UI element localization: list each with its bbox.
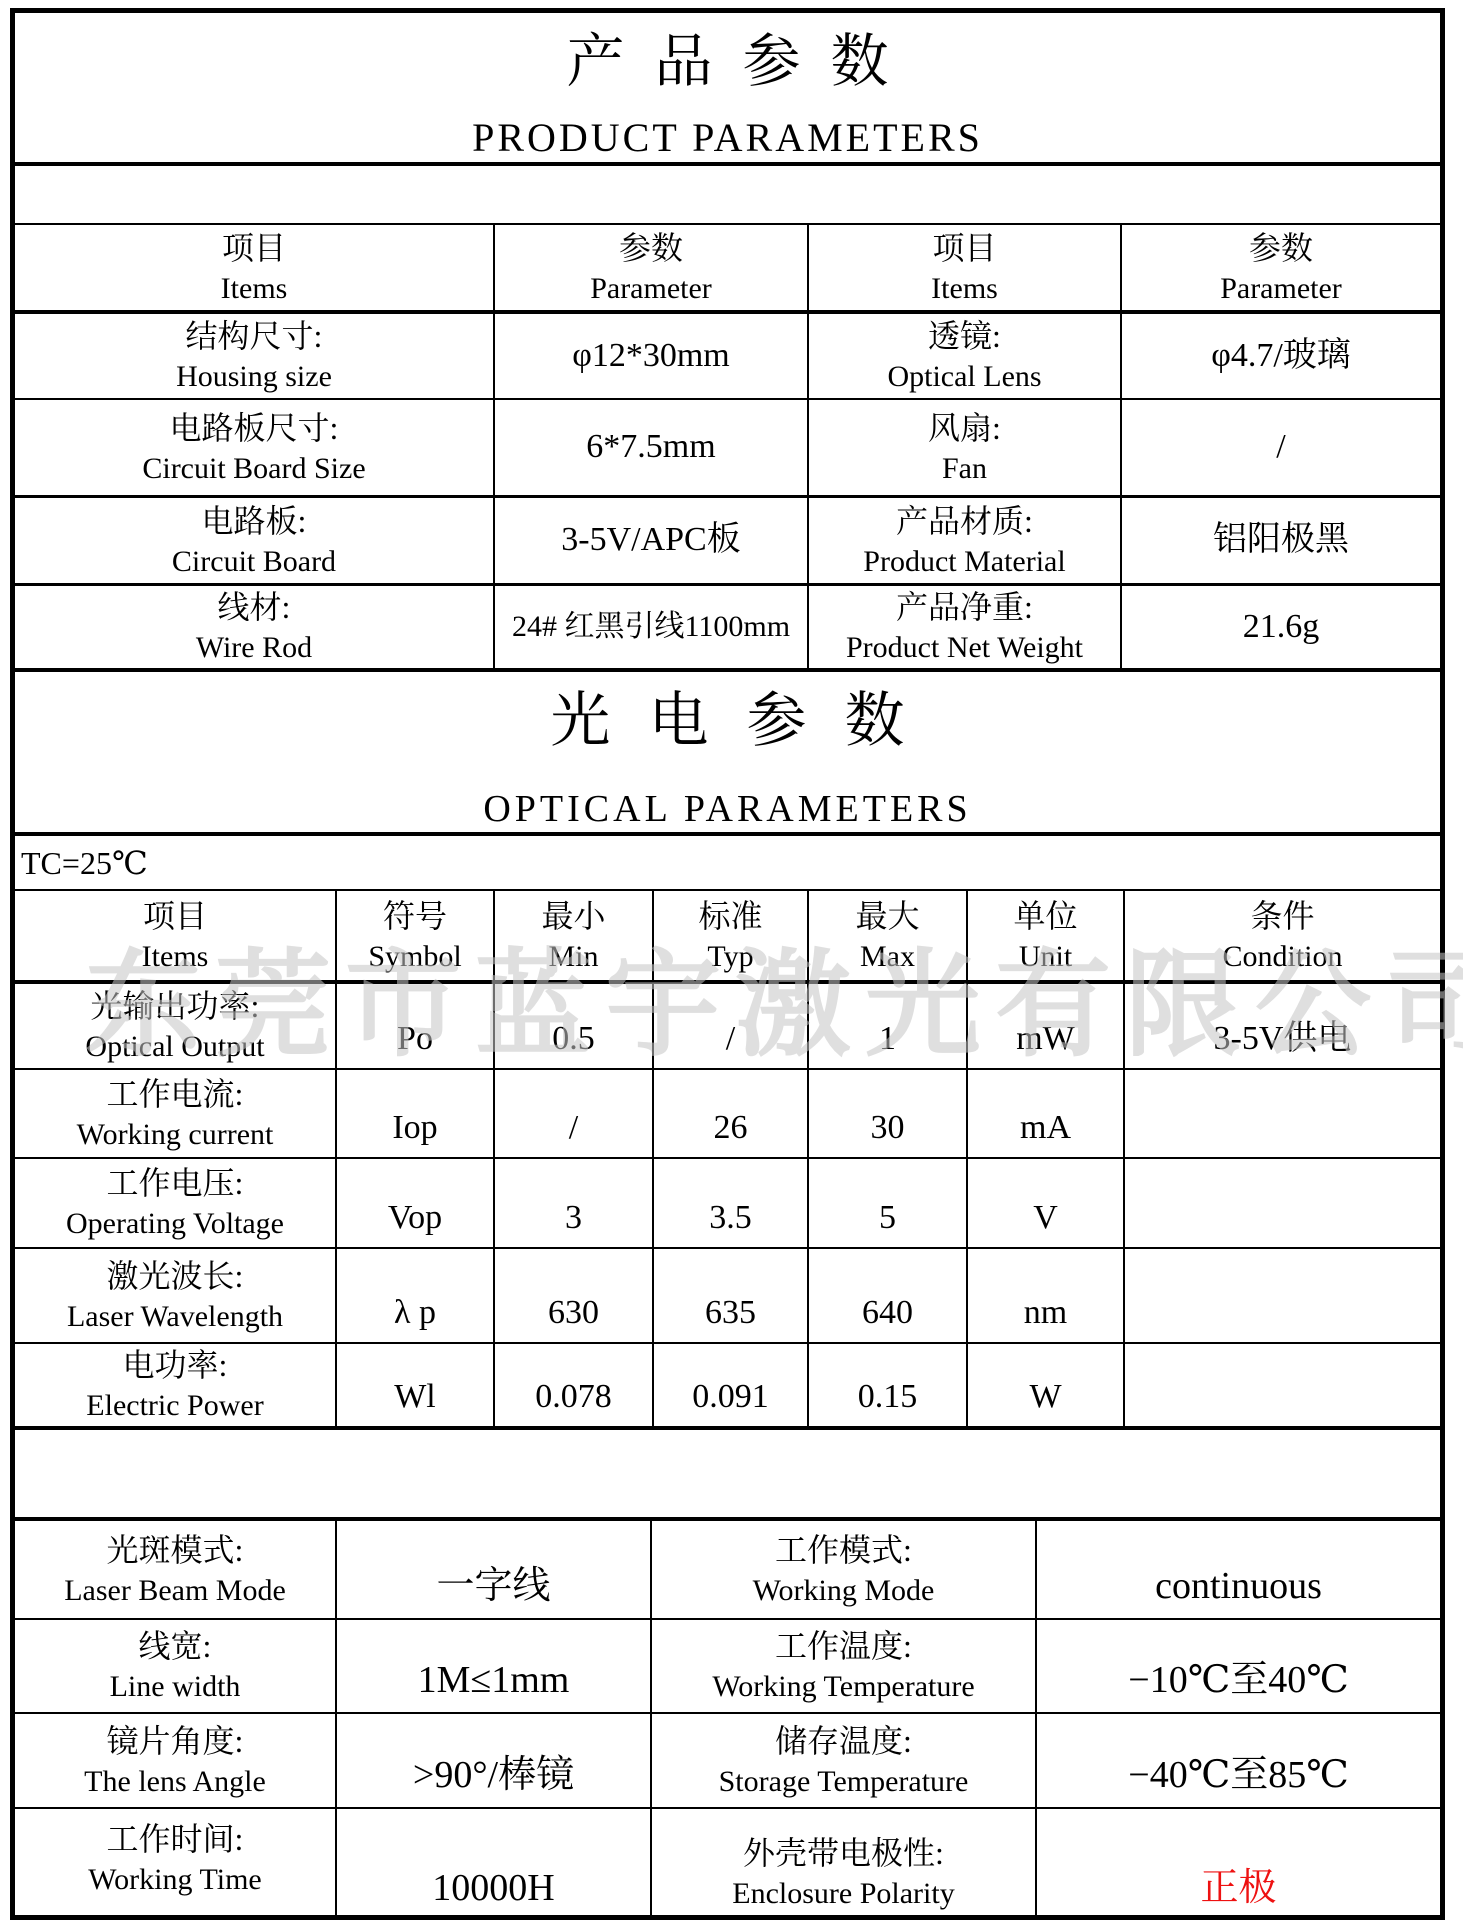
operating-voltage-typ: 3.5 [652,1159,807,1247]
zh-text: 工作温度: [775,1626,912,1668]
value-text: 3 [565,1198,582,1239]
en-text: Storage Temperature [719,1763,969,1801]
value-text: φ4.7/玻璃 [1211,336,1351,377]
housing-size-label: 结构尺寸: Housing size [15,314,493,398]
fan-label: 风扇: Fan [807,400,1120,495]
product-parameters-title-block: 产品参数 PRODUCT PARAMETERS [15,13,1440,162]
lens-angle-value: >90°/棒镜 [335,1714,650,1807]
value-text: 正极 [1200,1866,1276,1912]
value-text: W [1029,1377,1061,1418]
electric-power-label: 电功率: Electric Power [15,1344,335,1426]
en-text: The lens Angle [84,1763,266,1801]
title-en: PRODUCT PARAMETERS [472,114,983,161]
working-current-unit: mA [966,1070,1123,1157]
en-text: Fan [942,450,987,488]
test-condition-row: TC=25℃ [15,832,1440,889]
optical-header-symbol: 符号 Symbol [335,891,493,980]
zh-text: 标准 [698,896,762,938]
value-text: Iop [392,1108,437,1149]
en-text: Laser Beam Mode [64,1572,286,1610]
en-text: Laser Wavelength [67,1298,283,1336]
value-text: 30 [871,1108,905,1149]
product-material-label: 产品材质: Product Material [807,498,1120,583]
line-width-label: 线宽: Line width [15,1620,335,1712]
value-text: 0.5 [552,1019,595,1060]
working-time-label: 工作时间: Working Time [15,1809,335,1920]
zh-text: 产品净重: [896,587,1033,629]
zh-text: 参数 [1249,228,1313,270]
optical-header-unit: 单位 Unit [966,891,1123,980]
en-text: Items [221,270,288,308]
spec-table-frame: 产品参数 PRODUCT PARAMETERS 项目 Items 参数 Para… [10,8,1445,1920]
en-text: Working Temperature [712,1668,974,1706]
en-text: Typ [707,938,753,976]
value-text: / [569,1108,578,1149]
optical-row-current: 工作电流: Working current Iop / 26 30 mA [15,1068,1440,1157]
en-text: Operating Voltage [66,1205,284,1243]
en-text: Items [142,938,209,976]
optical-output-condition: 3-5V供电 [1123,984,1440,1068]
misc-row-lens-angle: 镜片角度: The lens Angle >90°/棒镜 储存温度: Stora… [15,1712,1440,1807]
zh-text: 风扇: [928,408,1001,450]
value-text: 21.6g [1243,607,1320,648]
laser-beam-mode-label: 光斑模式: Laser Beam Mode [15,1521,335,1618]
electric-power-typ: 0.091 [652,1344,807,1426]
value-text: φ12*30mm [572,336,730,377]
en-text: Electric Power [86,1387,263,1425]
electric-power-unit: W [966,1344,1123,1426]
product-material-value: 铝阳极黑 [1120,498,1440,583]
circuit-board-label: 电路板: Circuit Board [15,498,493,583]
zh-text: 镜片角度: [107,1721,244,1763]
value-text: 10000H [432,1866,554,1912]
en-text: Min [548,938,598,976]
laser-wavelength-symbol: λ p [335,1249,493,1342]
spacer-row-2 [15,1426,1440,1517]
optical-output-min: 0.5 [493,984,652,1068]
en-text: Circuit Board Size [142,450,365,488]
value-text: 铝阳极黑 [1213,520,1349,561]
title-zh: 产品参数 [536,14,918,98]
product-net-weight-label: 产品净重: Product Net Weight [807,586,1120,668]
value-text: λ p [394,1293,436,1334]
en-text: Unit [1019,938,1072,976]
circuit-board-size-value: 6*7.5mm [493,400,807,495]
value-text: mA [1020,1108,1071,1149]
product-header-items-1: 项目 Items [15,225,493,310]
zh-text: 外壳带电极性: [743,1833,944,1875]
optical-output-unit: mW [966,984,1123,1068]
optical-header-condition: 条件 Condition [1123,891,1440,980]
value-text: 0.078 [535,1377,612,1418]
zh-text: 条件 [1250,896,1314,938]
value-text: 640 [862,1293,913,1334]
optical-lens-value: φ4.7/玻璃 [1120,314,1440,398]
fan-value: / [1120,400,1440,495]
circuit-board-value: 3-5V/APC板 [493,498,807,583]
operating-voltage-max: 5 [807,1159,966,1247]
optical-output-symbol: Po [335,984,493,1068]
zh-text: 符号 [383,896,447,938]
product-row-housing: 结构尺寸: Housing size φ12*30mm 透镜: Optical … [15,310,1440,398]
en-text: Working current [77,1116,274,1154]
zh-text: 电路板尺寸: [170,408,339,450]
en-text: Circuit Board [172,543,336,581]
zh-text: 参数 [619,228,683,270]
laser-wavelength-max: 640 [807,1249,966,1342]
value-text: Wl [394,1377,436,1418]
electric-power-max: 0.15 [807,1344,966,1426]
en-text: Symbol [368,938,461,976]
value-text: 0.091 [692,1377,769,1418]
optical-output-label: 光输出功率: Optical Output [15,984,335,1068]
circuit-board-size-label: 电路板尺寸: Circuit Board Size [15,400,493,495]
product-row-circuit-board: 电路板: Circuit Board 3-5V/APC板 产品材质: Produ… [15,495,1440,583]
working-temperature-label: 工作温度: Working Temperature [650,1620,1035,1712]
en-text: Parameter [1220,270,1342,308]
laser-beam-mode-value: 一字线 [335,1521,650,1618]
en-text: Working Mode [753,1572,935,1610]
value-text: 5 [879,1198,896,1239]
optical-header-typ: 标准 Typ [652,891,807,980]
enclosure-polarity-label: 外壳带电极性: Enclosure Polarity [650,1809,1035,1920]
value-text: >90°/棒镜 [413,1753,574,1799]
working-current-symbol: Iop [335,1070,493,1157]
zh-text: 工作电压: [107,1163,244,1205]
value-text: Po [397,1019,433,1060]
value-text: 1 [879,1019,896,1060]
zh-text: 透镜: [928,316,1001,358]
section2-title-en: OPTICAL PARAMETERS [483,787,971,831]
zh-text: 线材: [218,587,291,629]
en-text: Max [860,938,915,976]
zh-text: 工作模式: [775,1530,912,1572]
product-header-parameter-1: 参数 Parameter [493,225,807,310]
zh-text: 电功率: [123,1345,228,1387]
optical-row-wavelength: 激光波长: Laser Wavelength λ p 630 635 640 n… [15,1247,1440,1342]
optical-header-max: 最大 Max [807,891,966,980]
value-text: 一字线 [436,1564,550,1610]
working-time-value: 10000H [335,1809,650,1920]
optical-row-voltage: 工作电压: Operating Voltage Vop 3 3.5 5 V [15,1157,1440,1247]
en-text: Enclosure Polarity [732,1875,954,1913]
product-header-parameter-2: 参数 Parameter [1120,225,1440,310]
en-text: Product Net Weight [846,629,1083,667]
wire-rod-label: 线材: Wire Rod [15,586,493,668]
zh-text: 最小 [541,896,605,938]
storage-temperature-value: −40℃至85℃ [1035,1714,1440,1807]
misc-row-beam-mode: 光斑模式: Laser Beam Mode 一字线 工作模式: Working … [15,1517,1440,1618]
en-text: Optical Lens [887,358,1041,396]
misc-row-line-width: 线宽: Line width 1M≤1mm 工作温度: Working Temp… [15,1618,1440,1712]
value-text: 26 [714,1108,748,1149]
laser-wavelength-label: 激光波长: Laser Wavelength [15,1249,335,1342]
operating-voltage-unit: V [966,1159,1123,1247]
optical-output-typ: / [652,984,807,1068]
spec-sheet: 东莞市蓝宇激光有限公司 产品参数 PRODUCT PARAMETERS 项目 I… [0,0,1463,1920]
zh-text: 项目 [222,228,286,270]
zh-text: 工作电流: [107,1074,244,1116]
value-text: Vop [388,1198,442,1239]
value-text: −40℃至85℃ [1128,1753,1348,1799]
product-row-circuit-board-size: 电路板尺寸: Circuit Board Size 6*7.5mm 风扇: Fa… [15,398,1440,495]
value-text: V [1033,1198,1058,1239]
zh-text: 激光波长: [107,1256,244,1298]
value-text: 3.5 [709,1198,752,1239]
zh-text: 产品材质: [896,501,1033,543]
working-current-typ: 26 [652,1070,807,1157]
spacer-row [15,162,1440,223]
operating-voltage-condition [1123,1159,1440,1247]
optical-parameters-title-block: 光电参数 OPTICAL PARAMETERS [15,668,1440,832]
operating-voltage-symbol: Vop [335,1159,493,1247]
value-text: 1M≤1mm [418,1658,570,1704]
working-mode-label: 工作模式: Working Mode [650,1521,1035,1618]
working-current-max: 30 [807,1070,966,1157]
working-mode-value: continuous [1035,1521,1440,1618]
working-temperature-value: −10℃至40℃ [1035,1620,1440,1712]
zh-text: 光斑模式: [107,1530,244,1572]
zh-text: 最大 [855,896,919,938]
zh-text: 结构尺寸: [186,316,323,358]
value-text: 6*7.5mm [586,427,715,468]
product-header-items-2: 项目 Items [807,225,1120,310]
value-text: / [1276,427,1285,468]
optical-header-items: 项目 Items [15,891,335,980]
operating-voltage-label: 工作电压: Operating Voltage [15,1159,335,1247]
working-current-min: / [493,1070,652,1157]
value-text: continuous [1155,1564,1322,1610]
laser-wavelength-condition [1123,1249,1440,1342]
wire-rod-value: 24# 红黑引线1100mm [493,586,807,668]
value-text: 635 [705,1293,756,1334]
value-text: 0.15 [858,1377,918,1418]
zh-text: 电路板: [202,501,307,543]
zh-text: 工作时间: [107,1819,244,1861]
en-text: Product Material [863,543,1065,581]
value-text: 24# 红黑引线1100mm [512,609,790,645]
section2-title-zh: 光电参数 [513,673,943,759]
product-row-wire-rod: 线材: Wire Rod 24# 红黑引线1100mm 产品净重: Produc… [15,583,1440,668]
optical-header-min: 最小 Min [493,891,652,980]
electric-power-condition [1123,1344,1440,1426]
en-text: Wire Rod [196,629,312,667]
value-text: nm [1024,1293,1067,1334]
value-text: 3-5V/APC板 [561,520,740,561]
en-text: Items [931,270,998,308]
lens-angle-label: 镜片角度: The lens Angle [15,1714,335,1807]
enclosure-polarity-value: 正极 [1035,1809,1440,1920]
en-text: Condition [1222,938,1342,976]
electric-power-symbol: Wl [335,1344,493,1426]
value-text: 630 [548,1293,599,1334]
optical-output-max: 1 [807,984,966,1068]
laser-wavelength-min: 630 [493,1249,652,1342]
zh-text: 项目 [932,228,996,270]
en-text: Optical Output [85,1028,264,1066]
misc-row-working-time: 工作时间: Working Time 10000H 外壳带电极性: Enclos… [15,1807,1440,1920]
optical-row-electric-power: 电功率: Electric Power Wl 0.078 0.091 0.15 … [15,1342,1440,1426]
optical-lens-label: 透镜: Optical Lens [807,314,1120,398]
zh-text: 储存温度: [775,1721,912,1763]
value-text: 3-5V供电 [1214,1019,1352,1060]
zh-text: 项目 [143,896,207,938]
laser-wavelength-typ: 635 [652,1249,807,1342]
optical-row-output: 光输出功率: Optical Output Po 0.5 / 1 mW 3-5V… [15,980,1440,1068]
zh-text: 单位 [1013,896,1077,938]
working-current-label: 工作电流: Working current [15,1070,335,1157]
en-text: Housing size [176,358,332,396]
en-text: Line width [110,1668,241,1706]
en-text: Parameter [590,270,712,308]
en-text: Working Time [88,1861,261,1899]
value-text: mW [1016,1019,1075,1060]
optical-table-header-row: 项目 Items 符号 Symbol 最小 Min 标准 Typ 最大 Max … [15,889,1440,980]
working-current-condition [1123,1070,1440,1157]
laser-wavelength-unit: nm [966,1249,1123,1342]
housing-size-value: φ12*30mm [493,314,807,398]
zh-text: 光输出功率: [91,986,260,1028]
line-width-value: 1M≤1mm [335,1620,650,1712]
zh-text: 线宽: [139,1626,212,1668]
value-text: −10℃至40℃ [1128,1658,1348,1704]
operating-voltage-min: 3 [493,1159,652,1247]
storage-temperature-label: 储存温度: Storage Temperature [650,1714,1035,1807]
product-net-weight-value: 21.6g [1120,586,1440,668]
product-table-header-row: 项目 Items 参数 Parameter 项目 Items 参数 Parame… [15,223,1440,310]
electric-power-min: 0.078 [493,1344,652,1426]
test-condition-text: TC=25℃ [21,844,148,882]
value-text: / [726,1019,735,1060]
